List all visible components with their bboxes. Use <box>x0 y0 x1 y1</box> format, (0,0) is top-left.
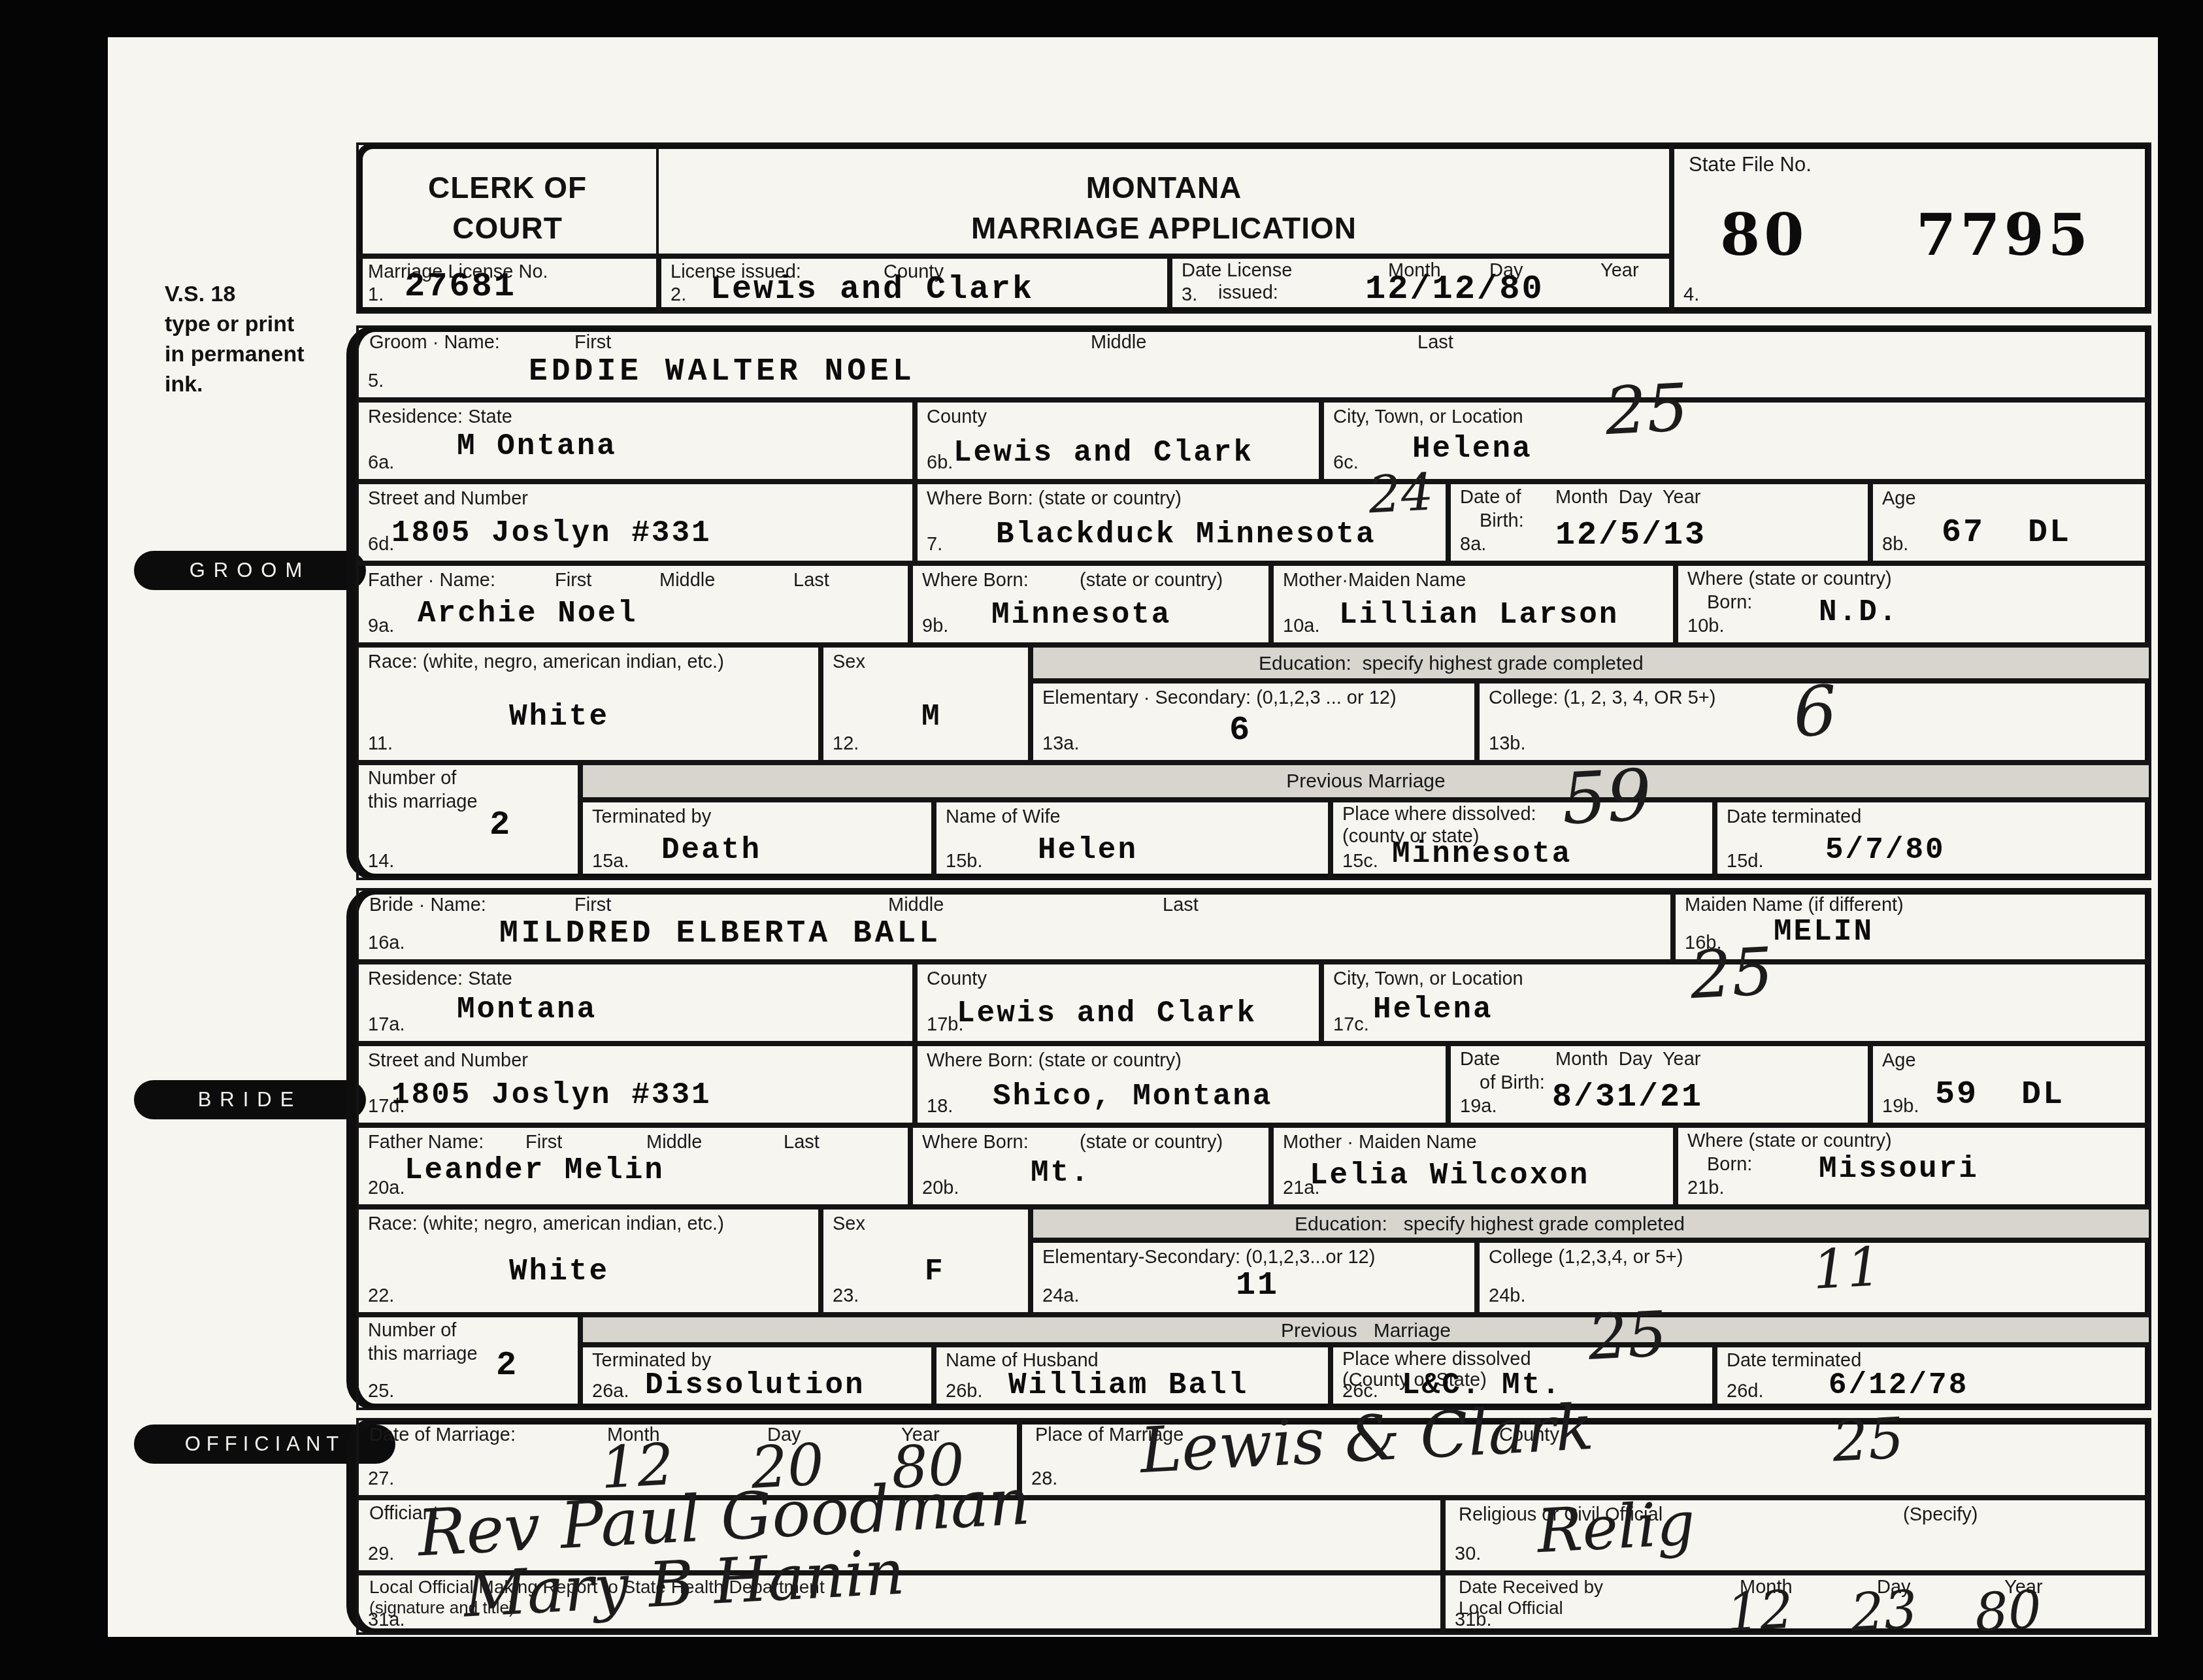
field-label: Where Born: (state or country) <box>927 1050 1182 1072</box>
field-number: 31a. <box>368 1609 405 1631</box>
field-12-sex: Sex 12. M <box>821 645 1031 763</box>
field-number: 6c. <box>1333 452 1359 474</box>
field-label: Number of <box>368 768 456 789</box>
field-number: 8a. <box>1460 534 1486 555</box>
field-label: Mother·Maiden Name <box>1283 570 1466 591</box>
field-26b-name-of-husband: Name of Husband 26b. William Ball <box>934 1345 1331 1410</box>
field-value: White <box>509 1255 609 1289</box>
field-label: Elementary · Secondary: (0,1,2,3 ... or … <box>1042 687 1397 709</box>
field-label: Where Born: (state or country) <box>927 488 1182 510</box>
field-label: Date License <box>1182 260 1292 282</box>
field-label: Date <box>1460 1049 1500 1070</box>
field-number: 9a. <box>368 616 394 637</box>
field-number: 21b. <box>1687 1178 1724 1199</box>
field-value: Montana <box>457 993 597 1027</box>
field-value: Archie Noel <box>418 597 638 631</box>
field-28-place-of-marriage: Place of Marriage County 28. Lewis & Cla… <box>1019 1418 2151 1498</box>
field-17b-county: County 17b. Lewis and Clark <box>915 962 1321 1044</box>
field-15c-place-dissolved: Place where dissolved: (county or state)… <box>1331 800 1715 880</box>
field-number: 26b. <box>946 1381 982 1402</box>
field-value: MILDRED ELBERTA BALL <box>499 916 941 951</box>
field-number: 15b. <box>946 851 982 872</box>
field-label: City, Town, or Location <box>1333 968 1523 990</box>
field-21b-mother-where-born: Where (state or country) Born: 21b. Miss… <box>1676 1125 2151 1207</box>
field-14-number-of-marriage: Number of this marriage 14. 2 <box>356 763 580 880</box>
previous-marriage-label: Previous Marriage <box>583 1320 2149 1342</box>
handwritten-entry: 24 <box>1367 463 1435 525</box>
clerk-of-court-box: CLERK OF COURT <box>356 142 659 256</box>
field-label: County <box>927 406 987 428</box>
field-number: 20a. <box>368 1178 405 1199</box>
field-31b-date-received: Date Received by Local Official Month Da… <box>1443 1573 2151 1635</box>
field-7-where-born: Where Born: (state or country) 7. Blackd… <box>915 482 1448 563</box>
permanent-ink-note: V.S. 18 type or print in permanent ink. <box>165 280 304 400</box>
bride-previous-marriage-band: Previous Marriage <box>580 1315 2151 1345</box>
field-label: Where (state or country) <box>1687 568 1892 590</box>
field-number: 18. <box>927 1096 953 1117</box>
field-31a-local-official-signature: Local Official Making Report to State He… <box>356 1573 1443 1635</box>
field-value: White <box>509 700 609 734</box>
field-number: 8b. <box>1882 534 1908 555</box>
field-number: 2. <box>671 284 686 306</box>
field-21a-mother-maiden-name: Mother · Maiden Name 21a. Lelia Wilcoxon <box>1271 1125 1676 1207</box>
field-value: Lewis and Clark <box>957 996 1257 1030</box>
field-18-where-born: Where Born: (state or country) 18. Shico… <box>915 1044 1448 1125</box>
field-value: Helen <box>1038 833 1138 867</box>
field-17c-city-town: City, Town, or Location 17c. Helena 25 <box>1321 962 2151 1044</box>
field-number: 28. <box>1031 1468 1057 1490</box>
field-label: Residence: State <box>368 406 512 428</box>
handwritten-entry: 25 <box>1603 369 1690 450</box>
field-number: 30. <box>1455 1543 1481 1565</box>
field-value: 6/12/78 <box>1829 1368 1968 1402</box>
field-20b-father-where-born: Where Born: (state or country) 20b. Mt. <box>910 1125 1271 1207</box>
handwritten-entry-2: 25 <box>1830 1406 1906 1475</box>
field-number: 10a. <box>1283 616 1319 637</box>
field-number: 22. <box>368 1285 394 1307</box>
handwritten-entry: Relig <box>1535 1489 1697 1566</box>
field-value: Helena <box>1412 432 1532 466</box>
field-number: 17c. <box>1333 1014 1369 1036</box>
field-number: 16a. <box>368 932 405 954</box>
field-number: 25. <box>368 1381 394 1402</box>
field-value: 59 DL <box>1935 1076 2064 1113</box>
field-label: Terminated by <box>592 806 711 828</box>
education-header-label: Education: specify highest grade complet… <box>1295 1213 1685 1236</box>
field-number: 5. <box>368 371 384 392</box>
field-30-religious-or-civil-official: Religious or Civil Official (Specify) 30… <box>1443 1498 2151 1573</box>
field-value: Shico, Montana <box>993 1079 1272 1113</box>
handwritten-entry: 11 <box>1812 1236 1883 1301</box>
field-number: 29. <box>368 1543 394 1565</box>
field-label: City, Town, or Location <box>1333 406 1523 428</box>
groom-tab-label: GROOM <box>190 559 311 582</box>
handwritten-entry: 59 <box>1560 754 1654 840</box>
field-value: Minnesota <box>1392 837 1572 871</box>
groom-previous-marriage-band: Previous Marriage <box>580 763 2151 800</box>
field-number: 15a. <box>592 851 629 872</box>
field-value: Leander Melin <box>405 1153 665 1187</box>
field-23-sex: Sex 23. F <box>821 1207 1031 1315</box>
field-value: EDDIE WALTER NOEL <box>529 354 916 389</box>
field-number: 14. <box>368 851 394 872</box>
field-label: County <box>927 968 987 990</box>
field-label: College: (1, 2, 3, 4, OR 5+) <box>1489 687 1715 709</box>
field-value: 67 DL <box>1942 514 2071 552</box>
field-value: Lillian Larson <box>1339 598 1619 632</box>
field-label: Sex <box>833 1213 865 1235</box>
groom-section-tab: GROOM <box>134 551 366 590</box>
field-label: Place where dissolved: <box>1342 804 1536 825</box>
field-label: Where (state or country) <box>1687 1130 1892 1152</box>
field-number: 15d. <box>1727 851 1763 872</box>
bride-education-header-band: Education: specify highest grade complet… <box>1031 1207 2151 1240</box>
field-15d-date-terminated: Date terminated 15d. 5/7/80 <box>1715 800 2151 880</box>
field-25-number-of-marriage: Number of this marriage 25. 2 <box>356 1315 580 1410</box>
handwritten-year: 80 <box>1974 1579 2044 1643</box>
month-day-year-labels: Month Day Year <box>1555 1049 1700 1070</box>
field-value: F <box>925 1255 945 1289</box>
field-4-state-file-no: State File No. 4. 80 7795 <box>1672 142 2151 314</box>
field-label-2: this marriage <box>368 1343 478 1365</box>
field-value: Dissolution <box>645 1368 865 1402</box>
field-value: 6 <box>1229 711 1251 749</box>
handwritten-entry: 6 <box>1791 670 1839 752</box>
field-value: 27681 <box>405 267 516 306</box>
field-label: Father Name: <box>368 1132 484 1153</box>
field-label: Age <box>1882 488 1916 510</box>
field-6c-city-town: City, Town, or Location 6c. Helena 25 <box>1321 400 2151 482</box>
field-9a-father-name: Father · Name: First Middle Last 9a. Arc… <box>356 563 910 645</box>
field-number: 1. <box>368 284 384 306</box>
field-label-2: of Birth: <box>1480 1072 1545 1094</box>
field-label: Date Received by <box>1459 1577 1603 1598</box>
field-13a-elementary-secondary: Elementary · Secondary: (0,1,2,3 ... or … <box>1031 681 1477 763</box>
field-number: 6a. <box>368 452 394 474</box>
field-value: Blackduck Minnesota <box>996 518 1376 552</box>
form-title: MONTANA MARRIAGE APPLICATION <box>659 167 1669 248</box>
last-label: Last <box>1163 895 1199 916</box>
field-value: 8/31/21 <box>1552 1079 1703 1116</box>
state-file-value-number: 7795 <box>1916 201 2092 269</box>
month-day-year-labels: Month Day Year <box>1555 487 1700 508</box>
middle-label: Middle <box>646 1132 702 1153</box>
handwritten-day: 23 <box>1849 1579 1919 1643</box>
field-label: Date of Marriage: <box>369 1425 516 1446</box>
field-26a-terminated-by: Terminated by 26a. Dissolution <box>580 1345 934 1410</box>
field-11-race: Race: (white, negro, american indian, et… <box>356 645 821 763</box>
field-label-2: Born: <box>1707 592 1752 614</box>
field-10a-mother-maiden-name: Mother·Maiden Name 10a. Lillian Larson <box>1271 563 1676 645</box>
field-17a-residence-state: Residence: State 17a. Montana <box>356 962 915 1044</box>
last-label: Last <box>784 1132 820 1153</box>
field-26d-date-terminated: Date terminated 26d. 6/12/78 <box>1715 1345 2151 1410</box>
field-value: 11 <box>1236 1267 1279 1304</box>
specify-label: (Specify) <box>1903 1504 1978 1526</box>
field-value: 2 <box>496 1346 518 1385</box>
field-label: Race: (white, negro, american indian, et… <box>368 651 724 673</box>
field-1-marriage-license-no: Marriage License No. 1. 27681 <box>356 256 659 314</box>
form-title-box: MONTANA MARRIAGE APPLICATION <box>659 142 1672 256</box>
field-value: MELIN <box>1774 915 1874 949</box>
field-number: 26a. <box>592 1381 629 1402</box>
field-number: 23. <box>833 1285 859 1307</box>
field-value: 5/7/80 <box>1825 833 1946 867</box>
bride-tab-label: BRIDE <box>198 1088 303 1112</box>
field-value: N.D. <box>1819 595 1898 629</box>
field-value: Lewis and Clark <box>953 436 1253 470</box>
field-value: Death <box>661 833 761 867</box>
field-3-date-license-issued: Date License issued: Month Day Year 3. 1… <box>1170 256 1672 314</box>
year-column-label: Year <box>1600 260 1639 282</box>
education-header-label: Education: specify highest grade complet… <box>1259 653 1644 675</box>
field-19b-age: Age 19b. 59 DL <box>1870 1044 2151 1125</box>
field-number: 19b. <box>1882 1096 1919 1117</box>
field-label: Mother · Maiden Name <box>1283 1132 1477 1153</box>
field-10b-mother-where-born: Where (state or country) Born: 10b. N.D. <box>1676 563 2151 645</box>
first-label: First <box>574 332 611 354</box>
officiant-tab-label: OFFICIANT <box>185 1432 345 1456</box>
field-label: Date of <box>1460 487 1521 508</box>
field-value: 12/5/13 <box>1555 517 1706 554</box>
field-15b-name-of-wife: Name of Wife 15b. Helen <box>934 800 1331 880</box>
field-number: 27. <box>368 1468 394 1490</box>
field-6d-street-number: Street and Number 6d. 1805 Joslyn #331 <box>356 482 915 563</box>
field-6b-county: County 6b. Lewis and Clark <box>915 400 1321 482</box>
field-number: 19a. <box>1460 1096 1497 1117</box>
previous-marriage-label: Previous Marriage <box>583 770 2149 793</box>
handwritten-entry: 25 <box>1688 933 1775 1013</box>
field-number: 12. <box>833 733 859 755</box>
field-number: 10b. <box>1687 616 1724 637</box>
field-label: Where Born: <box>922 570 1029 591</box>
field-number: 3. <box>1182 284 1197 306</box>
field-value: Lelia Wilcoxon <box>1310 1159 1589 1193</box>
field-value: Helena <box>1373 993 1493 1027</box>
field-13b-college: College: (1, 2, 3, 4, OR 5+) 13b. 6 <box>1477 681 2151 763</box>
field-number: 4. <box>1683 284 1699 306</box>
field-label: Residence: State <box>368 968 512 990</box>
field-label: Place where dissolved <box>1342 1349 1531 1370</box>
field-15a-terminated-by: Terminated by 15a. Death <box>580 800 934 880</box>
field-24b-college: College (1,2,3,4, or 5+) 24b. 11 <box>1477 1240 2151 1315</box>
field-number: 13a. <box>1042 733 1079 755</box>
field-label-2: issued: <box>1218 282 1278 304</box>
first-label: First <box>555 570 591 591</box>
field-number: 7. <box>927 534 942 555</box>
field-value: M Ontana <box>457 429 617 463</box>
field-label: Street and Number <box>368 488 528 510</box>
field-number: 6d. <box>368 534 394 555</box>
field-label: Street and Number <box>368 1050 528 1072</box>
field-6a-residence-state: Residence: State 6a. M Ontana <box>356 400 915 482</box>
field-label: Where Born: <box>922 1132 1029 1153</box>
field-value: Missouri <box>1819 1152 1979 1186</box>
field-number: 13b. <box>1489 733 1525 755</box>
field-value: Minnesota <box>991 598 1171 632</box>
field-label: Maiden Name (if different) <box>1685 895 1904 916</box>
field-number: 15c. <box>1342 851 1378 872</box>
field-9b-father-where-born: Where Born: (state or country) 9b. Minne… <box>910 563 1271 645</box>
field-number: 26c. <box>1342 1381 1378 1402</box>
field-value: 1805 Joslyn #331 <box>391 1078 712 1112</box>
field-number: 26d. <box>1727 1381 1763 1402</box>
field-label: Race: (white; negro, american indian, et… <box>368 1213 724 1235</box>
bride-section-tab: BRIDE <box>134 1080 366 1119</box>
state-file-value-year: 80 <box>1720 201 1808 269</box>
field-8a-date-of-birth: Date of Birth: Month Day Year 8a. 12/5/1… <box>1448 482 1870 563</box>
field-20a-father-name: Father Name: First Middle Last 20a. Lean… <box>356 1125 910 1207</box>
middle-label: Middle <box>1091 332 1146 354</box>
field-22-race: Race: (white; negro, american indian, et… <box>356 1207 821 1315</box>
field-16a-bride-name: Bride · Name: First Middle Last 16a. MIL… <box>356 888 1673 962</box>
field-value: William Ball <box>1008 1368 1248 1402</box>
field-value: 1805 Joslyn #331 <box>391 516 712 550</box>
scanned-marriage-application: V.S. 18 type or print in permanent ink. … <box>0 0 2203 1680</box>
groom-education-header-band: Education: specify highest grade complet… <box>1031 645 2151 681</box>
clerk-of-court-title: CLERK OF COURT <box>359 167 656 248</box>
field-label-2: Born: <box>1707 1154 1752 1176</box>
field-19a-date-of-birth: Date of Birth: Month Day Year 19a. 8/31/… <box>1448 1044 1870 1125</box>
handwritten-month: 12 <box>1725 1579 1795 1643</box>
field-sublabel: (state or country) <box>1080 570 1223 591</box>
field-2-license-issued-county: License issued: County 2. Lewis and Clar… <box>659 256 1170 314</box>
field-label: College (1,2,3,4, or 5+) <box>1489 1247 1683 1268</box>
handwritten-entry: 25 <box>1586 1298 1668 1374</box>
field-value: 12/12/80 <box>1365 270 1544 308</box>
field-sublabel: (state or country) <box>1080 1132 1223 1153</box>
field-label: Number of <box>368 1320 456 1342</box>
field-number: 11. <box>368 733 393 755</box>
field-value: Lewis and Clark <box>710 271 1034 308</box>
field-label-2: this marriage <box>368 791 478 813</box>
first-label: First <box>525 1132 562 1153</box>
field-label: State File No. <box>1689 153 1812 176</box>
field-number: 17a. <box>368 1014 405 1036</box>
field-label: Bride · Name: <box>369 895 486 916</box>
field-label: Groom · Name: <box>369 332 500 354</box>
field-24a-elementary-secondary: Elementary-Secondary: (0,1,2,3...or 12) … <box>1031 1240 1477 1315</box>
last-label: Last <box>793 570 829 591</box>
field-number: 9b. <box>922 616 948 637</box>
first-label: First <box>574 895 611 916</box>
field-value: Mt. <box>1031 1156 1091 1190</box>
field-value: M <box>921 700 942 734</box>
field-label: Elementary-Secondary: (0,1,2,3...or 12) <box>1042 1247 1375 1268</box>
field-label: Sex <box>833 651 865 673</box>
field-label: Date terminated <box>1727 806 1861 828</box>
middle-label: Middle <box>659 570 715 591</box>
field-label: Age <box>1882 1050 1916 1072</box>
middle-label: Middle <box>888 895 944 916</box>
field-5-groom-name: Groom · Name: First Middle Last 5. EDDIE… <box>356 325 2151 400</box>
field-label-2: Birth: <box>1480 510 1524 532</box>
field-label: Father · Name: <box>368 570 495 591</box>
field-label: Name of Wife <box>946 806 1061 828</box>
field-value: 2 <box>489 806 512 844</box>
field-17d-street-number: Street and Number 17d. 1805 Joslyn #331 <box>356 1044 915 1125</box>
field-number: 24b. <box>1489 1285 1525 1307</box>
field-number: 31b. <box>1455 1609 1491 1631</box>
last-label: Last <box>1417 332 1453 354</box>
field-number: 24a. <box>1042 1285 1079 1307</box>
field-number: 20b. <box>922 1178 959 1199</box>
field-8b-age: Age 8b. 67 DL <box>1870 482 2151 563</box>
field-number: 6b. <box>927 452 953 474</box>
